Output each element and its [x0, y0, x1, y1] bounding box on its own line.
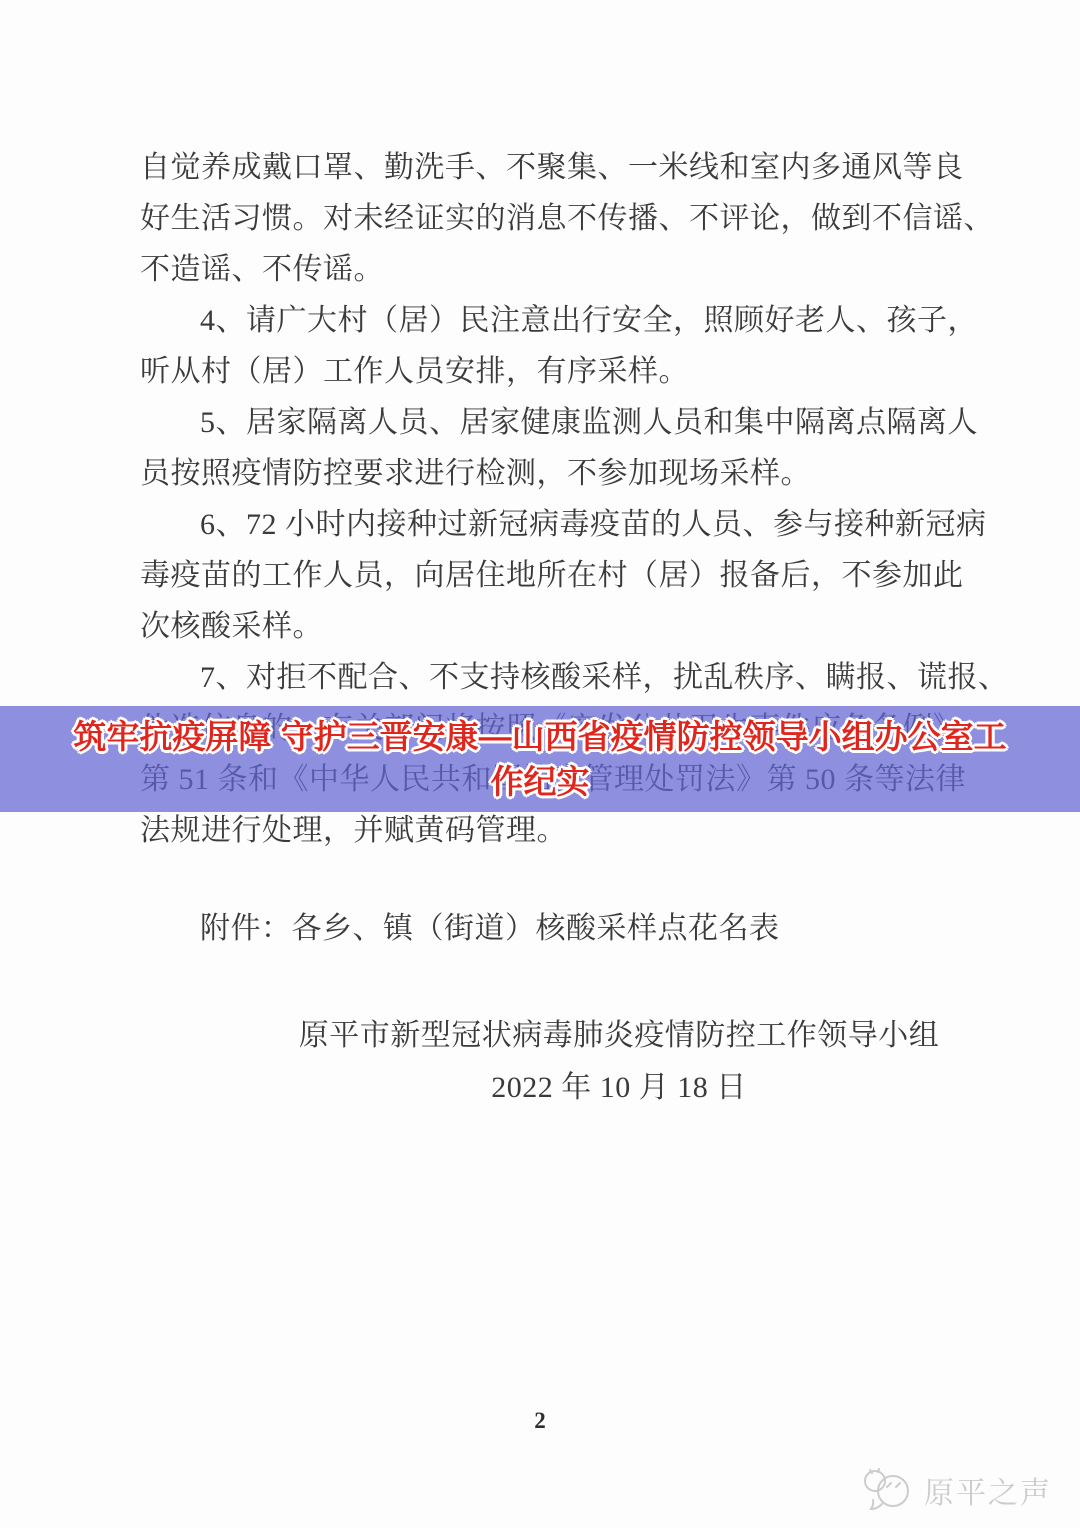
document-line: 5、居家隔离人员、居家健康监测人员和集中隔离点隔离人	[140, 397, 976, 448]
scanned-document-page: 自觉养成戴口罩、勤洗手、不聚集、一米线和室内多通风等良好生活习惯。对未经证实的消…	[0, 0, 1080, 1528]
document-line: 7、对拒不配合、不支持核酸采样，扰乱秩序、瞒报、谎报、	[140, 652, 976, 703]
document-line: 法规进行处理，并赋黄码管理。	[140, 805, 976, 856]
watermark-label: 原平之声	[924, 1468, 1052, 1512]
document-line: 自觉养成戴口罩、勤洗手、不聚集、一米线和室内多通风等良	[140, 142, 976, 193]
document-line: 员按照疫情防控要求进行检测，不参加现场采样。	[140, 448, 976, 499]
caption-banner: 筑牢抗疫屏障 守护三晋安康—山西省疫情防控领导小组办公室工作纪实	[0, 706, 1080, 812]
attachment-line: 附件：各乡、镇（街道）核酸采样点花名表	[140, 903, 976, 954]
caption-banner-title: 筑牢抗疫屏障 守护三晋安康—山西省疫情防控领导小组办公室工作纪实	[65, 714, 1015, 804]
watermark: 原平之声	[858, 1466, 1052, 1514]
signature-block: 原平市新型冠状病毒肺炎疫情防控工作领导小组 2022 年 10 月 18 日	[158, 1010, 1080, 1113]
page-number: 2	[0, 1408, 1080, 1434]
signature-date: 2022 年 10 月 18 日	[158, 1062, 1080, 1113]
document-line: 不造谣、不传谣。	[140, 244, 976, 295]
document-line: 毒疫苗的工作人员，向居住地所在村（居）报备后，不参加此	[140, 550, 976, 601]
document-line: 4、请广大村（居）民注意出行安全，照顾好老人、孩子，	[140, 295, 976, 346]
document-line: 6、72 小时内接种过新冠病毒疫苗的人员、参与接种新冠病	[140, 499, 976, 550]
signature-organization: 原平市新型冠状病毒肺炎疫情防控工作领导小组	[158, 1010, 1080, 1061]
document-line: 次核酸采样。	[140, 601, 976, 652]
document-line: 好生活习惯。对未经证实的消息不传播、不评论，做到不信谣、	[140, 193, 976, 244]
speech-bubble-logo-icon	[858, 1466, 916, 1514]
document-line: 听从村（居）工作人员安排，有序采样。	[140, 346, 976, 397]
